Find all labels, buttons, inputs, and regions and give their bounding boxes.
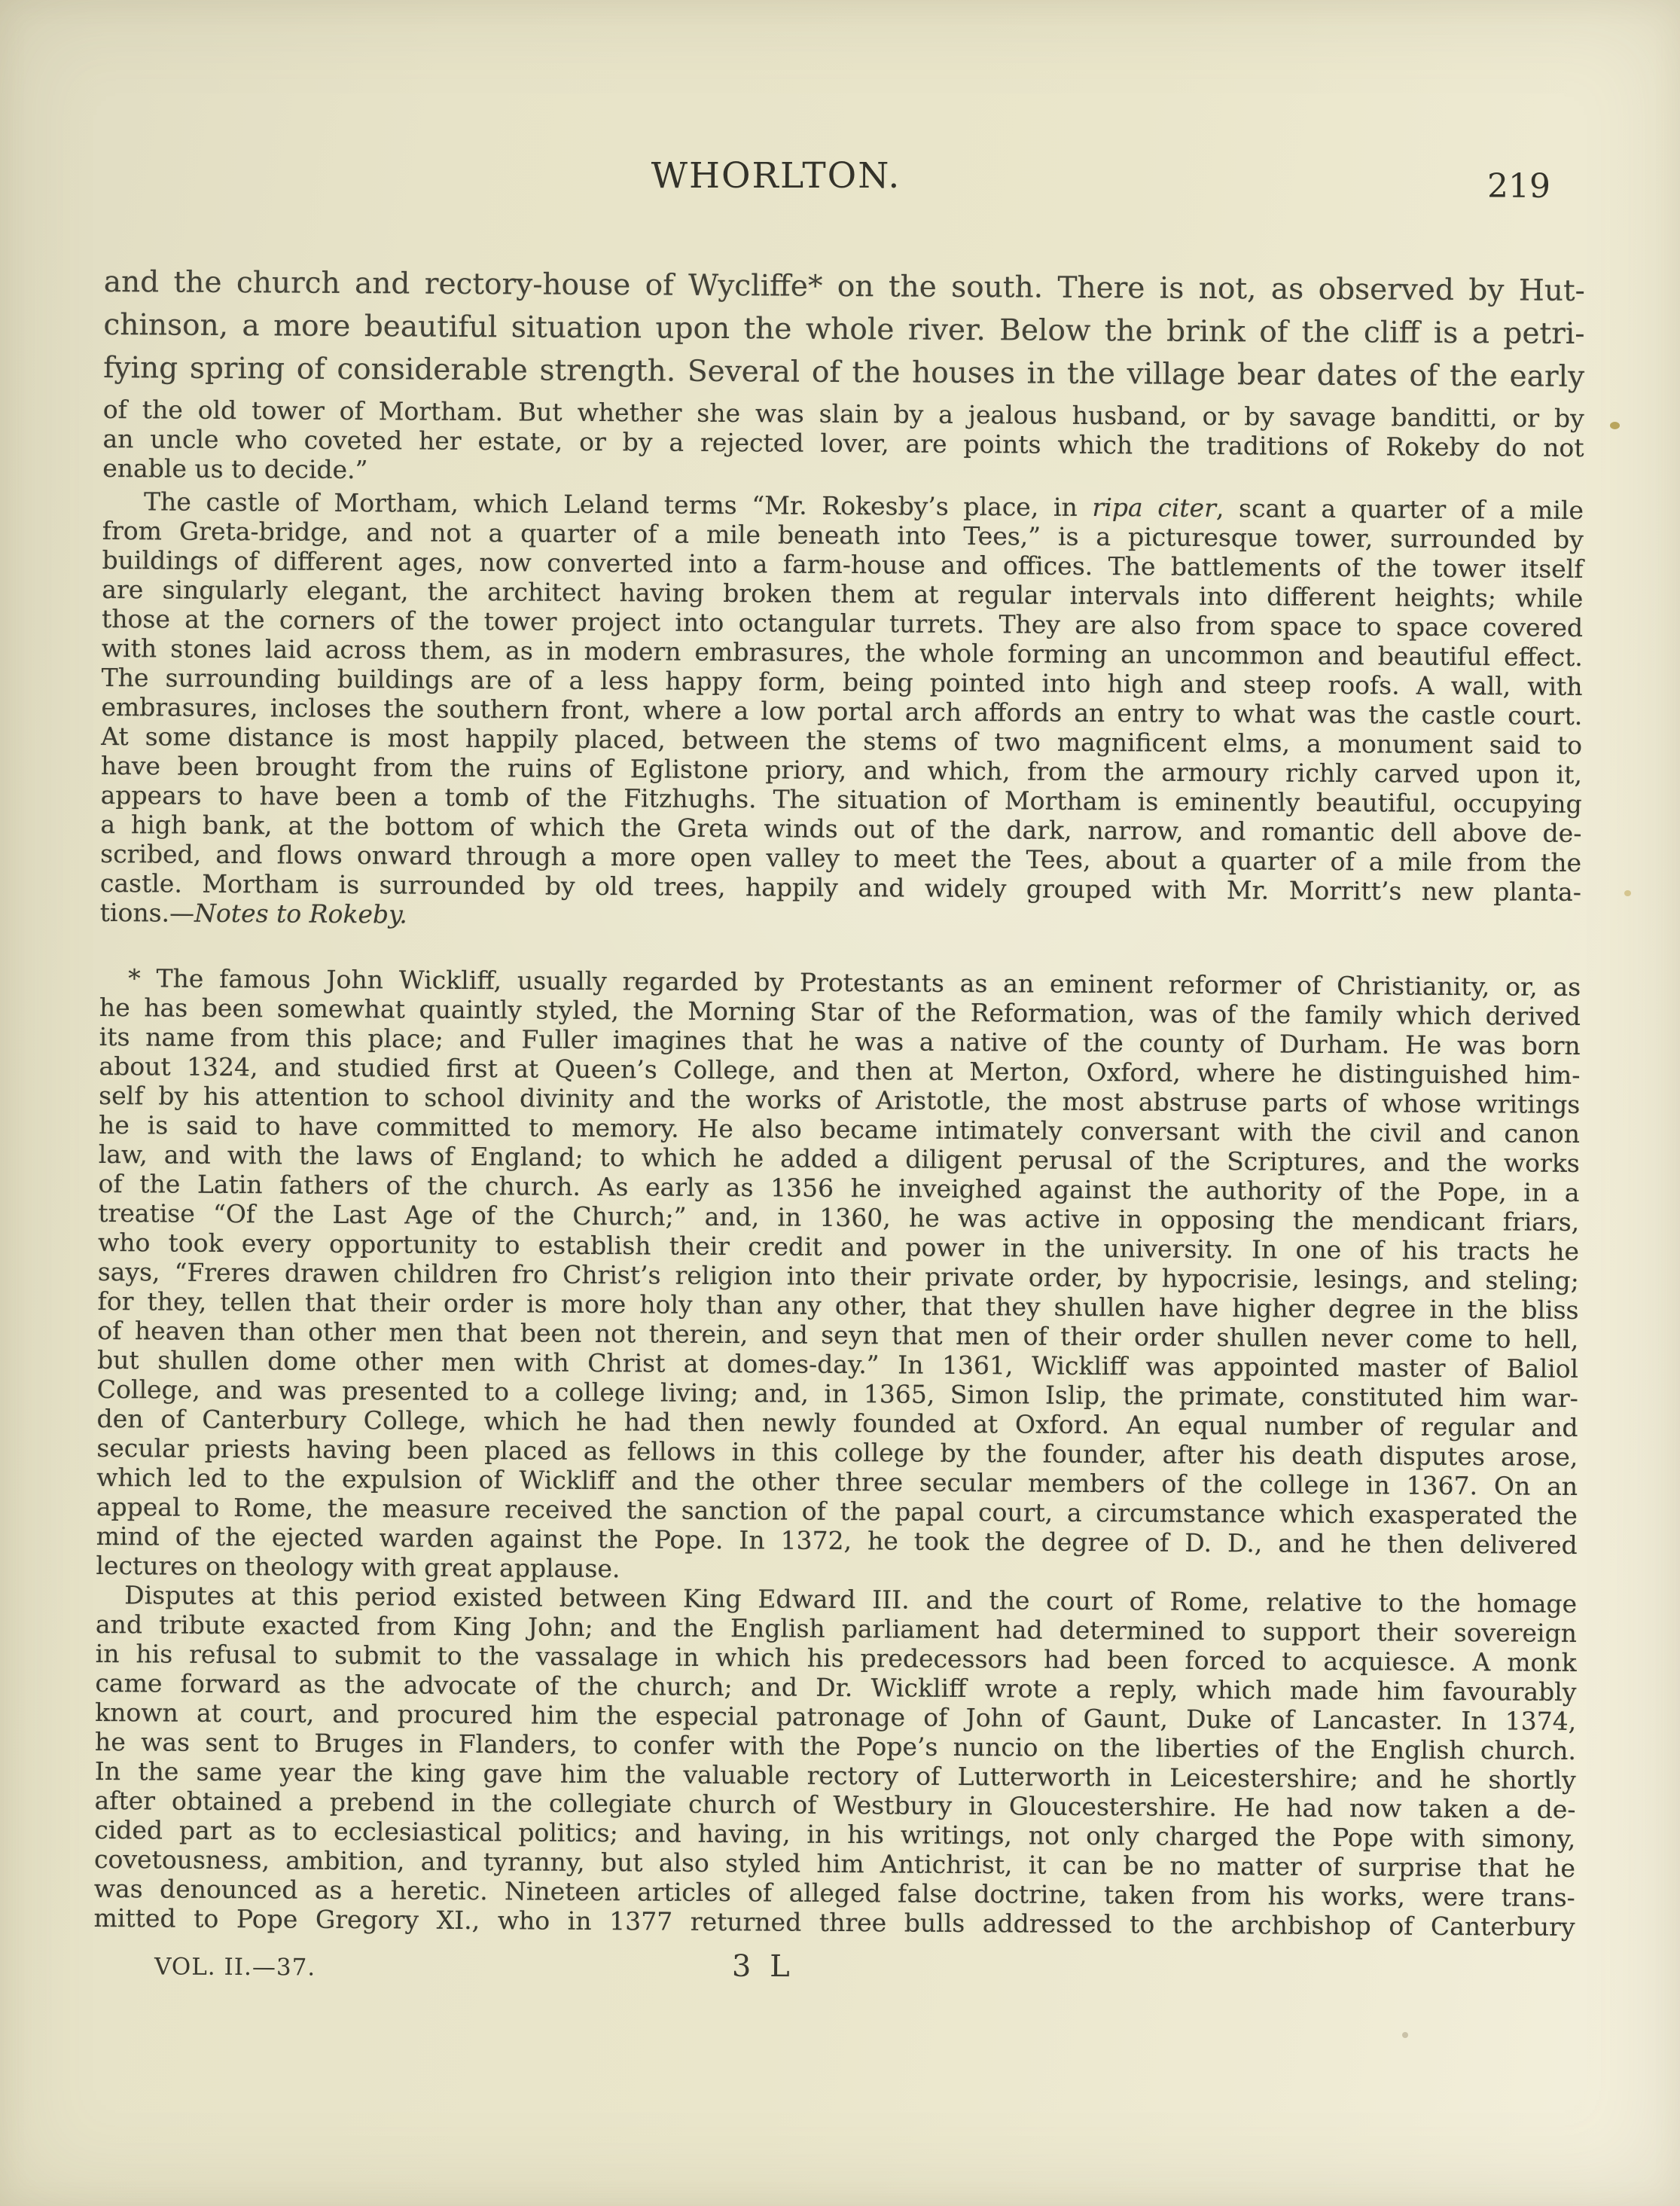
text-run: tions.— <box>100 898 195 928</box>
text-run: lectures on theology with great applause… <box>96 1551 620 1583</box>
wickliff-footnote-paragraph-1: * The famous John Wickliff, usually rega… <box>96 963 1581 1589</box>
text-run: chinson, a more beautiful situation upon… <box>103 308 1584 351</box>
signature-mark: 3 L <box>732 1949 794 1984</box>
note-continuation-paragraph: of the old tower of Mortham. But whether… <box>102 395 1584 492</box>
mortham-castle-paragraph: The castle of Mortham, which Leland term… <box>100 487 1584 936</box>
text-run: enable us to decide.” <box>102 453 367 484</box>
paper-speck <box>1610 422 1620 429</box>
text-column: and the church and rectory-house of Wycl… <box>93 261 1585 1942</box>
volume-label: VOL. II.—37. <box>154 1953 316 1981</box>
italic-text: Notes to Rokeby. <box>194 899 407 929</box>
paper-speck <box>1624 890 1631 896</box>
text-run: fying spring of considerable strength. S… <box>103 351 1584 394</box>
text-line: fying spring of considerable strength. S… <box>103 346 1584 398</box>
page-number: 219 <box>1487 167 1550 206</box>
page-title: WHORLTON. <box>651 155 901 197</box>
intro-paragraph: and the church and rectory-house of Wycl… <box>103 261 1585 398</box>
text-run: and the church and rectory-house of Wycl… <box>104 265 1585 308</box>
text-run: , scant a quarter of a mile <box>1216 493 1584 525</box>
wickliff-footnote-paragraph-2: Disputes at this period existed between … <box>93 1580 1577 1942</box>
italic-text: ripa citer <box>1092 493 1216 523</box>
paper-speck <box>1402 2032 1408 2038</box>
